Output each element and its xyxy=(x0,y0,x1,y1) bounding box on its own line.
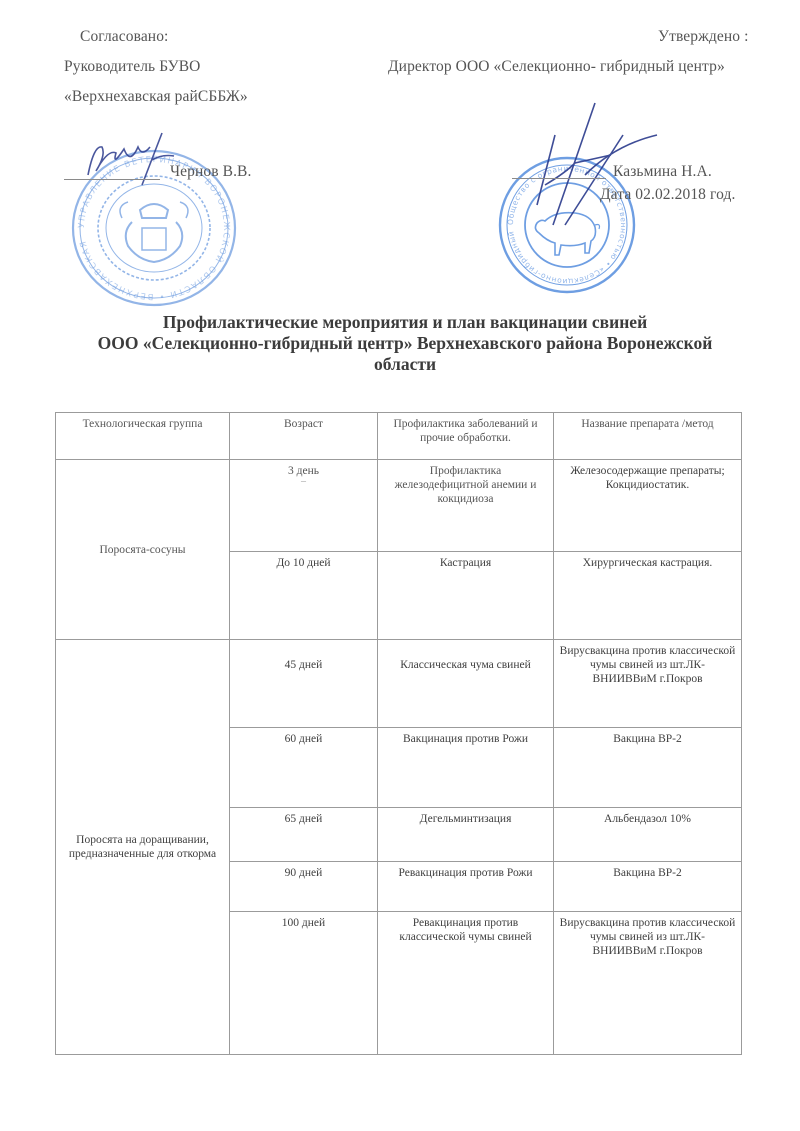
cell-age: 100 дней xyxy=(230,912,378,1055)
approval-right-position: Директор ООО «Селекционно- гибридный цен… xyxy=(388,58,725,76)
cell-age: 60 дней xyxy=(230,728,378,808)
approval-date: Дата 02.02.2018 год. xyxy=(600,186,735,204)
header-tech-group: Технологическая группа xyxy=(56,413,230,460)
cell-age: 65 дней xyxy=(230,808,378,862)
signature-line-left xyxy=(64,179,160,180)
cell-drug: Хирургическая кастрация. xyxy=(554,552,742,640)
cell-treatment: Ревакцинация против Рожи xyxy=(378,862,554,912)
approval-left-heading: Согласовано: xyxy=(80,28,168,46)
cell-drug: Вакцина ВР-2 xyxy=(554,862,742,912)
approval-right-signatory: Казьмина Н.А. xyxy=(613,163,712,181)
group-piglets-rearing: Поросята на доращивании, предназначенные… xyxy=(56,640,230,1055)
header-drug: Название препарата /метод xyxy=(554,413,742,460)
cell-drug: Альбендазол 10% xyxy=(554,808,742,862)
signature-line-right xyxy=(512,178,606,179)
group-piglets-suckling: Поросята-сосуны xyxy=(56,460,230,640)
header-age: Возраст xyxy=(230,413,378,460)
cell-treatment: Классическая чума свиней xyxy=(378,640,554,728)
vaccination-plan-table: Технологическая группа Возраст Профилакт… xyxy=(55,412,742,1055)
cell-treatment: Вакцинация против Рожи xyxy=(378,728,554,808)
cell-age: 45 дней xyxy=(230,640,378,728)
cell-treatment: Дегельминтизация xyxy=(378,808,554,862)
approval-right-heading: Утверждено : xyxy=(658,28,749,46)
title-line-2: ООО «Селекционно-гибридный центр» Верхне… xyxy=(60,333,750,354)
approval-left-organization: «Верхнехавская райСББЖ» xyxy=(64,88,248,106)
approval-left-signatory: Чернов В.В. xyxy=(170,163,251,181)
approval-left-position: Руководитель БУВО xyxy=(64,58,200,76)
signature-left xyxy=(80,130,190,190)
table-header-row: Технологическая группа Возраст Профилакт… xyxy=(56,413,742,460)
cell-age: 90 дней xyxy=(230,862,378,912)
header-treatment: Профилактика заболеваний и прочие обрабо… xyxy=(378,413,554,460)
cell-age: 3 день – xyxy=(230,460,378,552)
cell-drug: Вирусвакцина против классической чумы св… xyxy=(554,912,742,1055)
cell-treatment: Ревакцинация против классической чумы св… xyxy=(378,912,554,1055)
cell-drug: Вакцина ВР-2 xyxy=(554,728,742,808)
age-note: – xyxy=(235,478,372,486)
title-line-3: области xyxy=(60,354,750,375)
cell-drug: Железосодержащие препараты; Кокцидиостат… xyxy=(554,460,742,552)
document-title: Профилактические мероприятия и план вакц… xyxy=(60,312,750,375)
title-line-1: Профилактические мероприятия и план вакц… xyxy=(60,312,750,333)
cell-treatment: Профилактика железодефицитной анемии и к… xyxy=(378,460,554,552)
cell-treatment: Кастрация xyxy=(378,552,554,640)
cell-drug: Вирусвакцина против классической чумы св… xyxy=(554,640,742,728)
table-row: Поросята на доращивании, предназначенные… xyxy=(56,640,742,728)
table-row: Поросята-сосуны 3 день – Профилактика же… xyxy=(56,460,742,552)
cell-age: До 10 дней xyxy=(230,552,378,640)
